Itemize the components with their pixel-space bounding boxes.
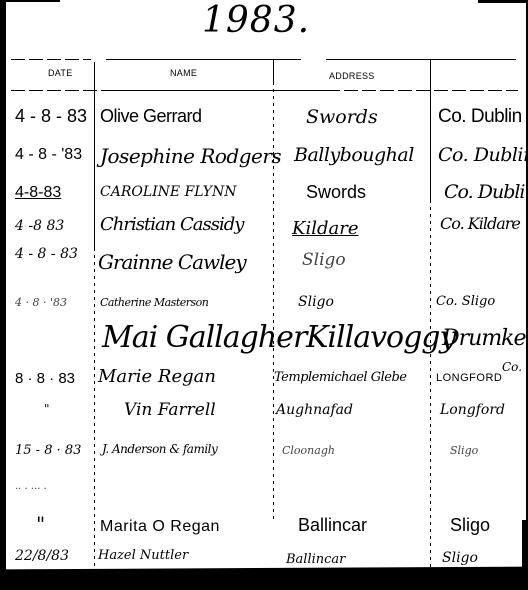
- entry-county: Drumkeeran: [442, 326, 526, 351]
- entry-address: Kildare: [292, 218, 358, 239]
- entry-name: Marita O Regan: [100, 518, 220, 536]
- entry-county: Co. Kildare: [440, 214, 520, 233]
- entry-county: Co. Dublin: [438, 144, 526, 166]
- header-top-rule: [106, 59, 301, 60]
- entry-county: Sligo: [450, 444, 478, 457]
- column-header-date: DATE: [48, 68, 73, 78]
- entry-date: 4 - 8 - '83: [15, 146, 82, 164]
- entry-name: Vin Farrell: [124, 400, 216, 420]
- entry-address: Ballincar: [286, 552, 345, 567]
- entry-address: Swords: [306, 106, 378, 128]
- year-heading: 1983.: [202, 0, 310, 41]
- entry-address: Aughnafad: [276, 402, 353, 418]
- entry-name: Christian Cassidy: [100, 214, 243, 235]
- entry-name: Marie Regan: [98, 366, 216, 387]
- column-divider-address: [430, 60, 431, 200]
- entry-county: LONGFORD: [436, 372, 502, 384]
- entry-county: Sligo: [442, 550, 478, 566]
- entry-date-illegible: ·· · ··· ·: [15, 484, 47, 495]
- entry-date: 4 · 8 · '83: [15, 296, 67, 309]
- entry-date-ditto: ": [36, 512, 45, 536]
- header-bottom-rule: [11, 90, 101, 91]
- header-top-rule: [326, 59, 516, 60]
- entry-name: Catherine Masterson: [100, 296, 208, 309]
- entry-county: Co. Sligo: [436, 294, 495, 309]
- entry-name: Grainne Cawley: [98, 250, 246, 274]
- entry-name: CAROLINE FLYNN: [100, 184, 236, 200]
- entry-county: Longford: [440, 402, 505, 418]
- margin-annotation: Co.: [502, 360, 522, 374]
- register-page: 1983. DATE NAME ADDRESS 4 - 8 - 83 Olive…: [6, 0, 526, 572]
- entry-county: Sligo: [450, 515, 490, 536]
- scan-border-bottom: [0, 567, 528, 590]
- entry-name: J. Anderson & family: [102, 442, 217, 456]
- header-bottom-rule: [101, 90, 326, 91]
- entry-name: Hazel Nuttler: [98, 548, 188, 563]
- scan-border-top: [478, 0, 528, 3]
- entry-date-ditto: ": [44, 402, 50, 416]
- entry-date: 4 - 8 - 83: [15, 246, 78, 262]
- entry-address: Swords: [306, 182, 366, 203]
- column-header-name: NAME: [170, 68, 197, 78]
- entry-address: Sligo: [298, 294, 334, 310]
- header-bottom-rule: [326, 90, 518, 91]
- entry-address: Templemichael Glebe: [274, 370, 406, 385]
- entry-county: Co. Dublin: [438, 106, 522, 128]
- entry-address: Ballincar: [298, 515, 367, 536]
- column-divider-address: [430, 200, 431, 568]
- entry-address: Killavoggy: [306, 320, 455, 355]
- entry-county: Co. Dublin: [444, 181, 526, 203]
- entry-date: 4 -8 83: [15, 218, 64, 234]
- entry-date: 4 - 8 - 83: [15, 106, 87, 127]
- entry-date: 22/8/83: [15, 548, 69, 564]
- column-divider-date: [94, 62, 95, 248]
- entry-date: 4-8-83: [15, 184, 61, 202]
- entry-address: Ballyboughal: [294, 144, 414, 166]
- header-top-rule: [11, 59, 91, 60]
- entry-date: 15 - 8 · 83: [15, 443, 81, 458]
- column-header-address: ADDRESS: [329, 71, 375, 81]
- entry-name: Olive Gerrard: [100, 106, 202, 127]
- column-divider-date: [94, 248, 95, 568]
- entry-name: Josephine Rodgers: [100, 144, 281, 168]
- column-divider-name: [273, 60, 274, 82]
- entry-name: Mai Gallagher: [102, 320, 306, 355]
- entry-address: Cloonagh: [282, 444, 335, 457]
- scan-border-top: [0, 0, 60, 2]
- entry-address: Sligo: [302, 250, 346, 270]
- entry-date: 8 · 8 · 83: [15, 370, 75, 387]
